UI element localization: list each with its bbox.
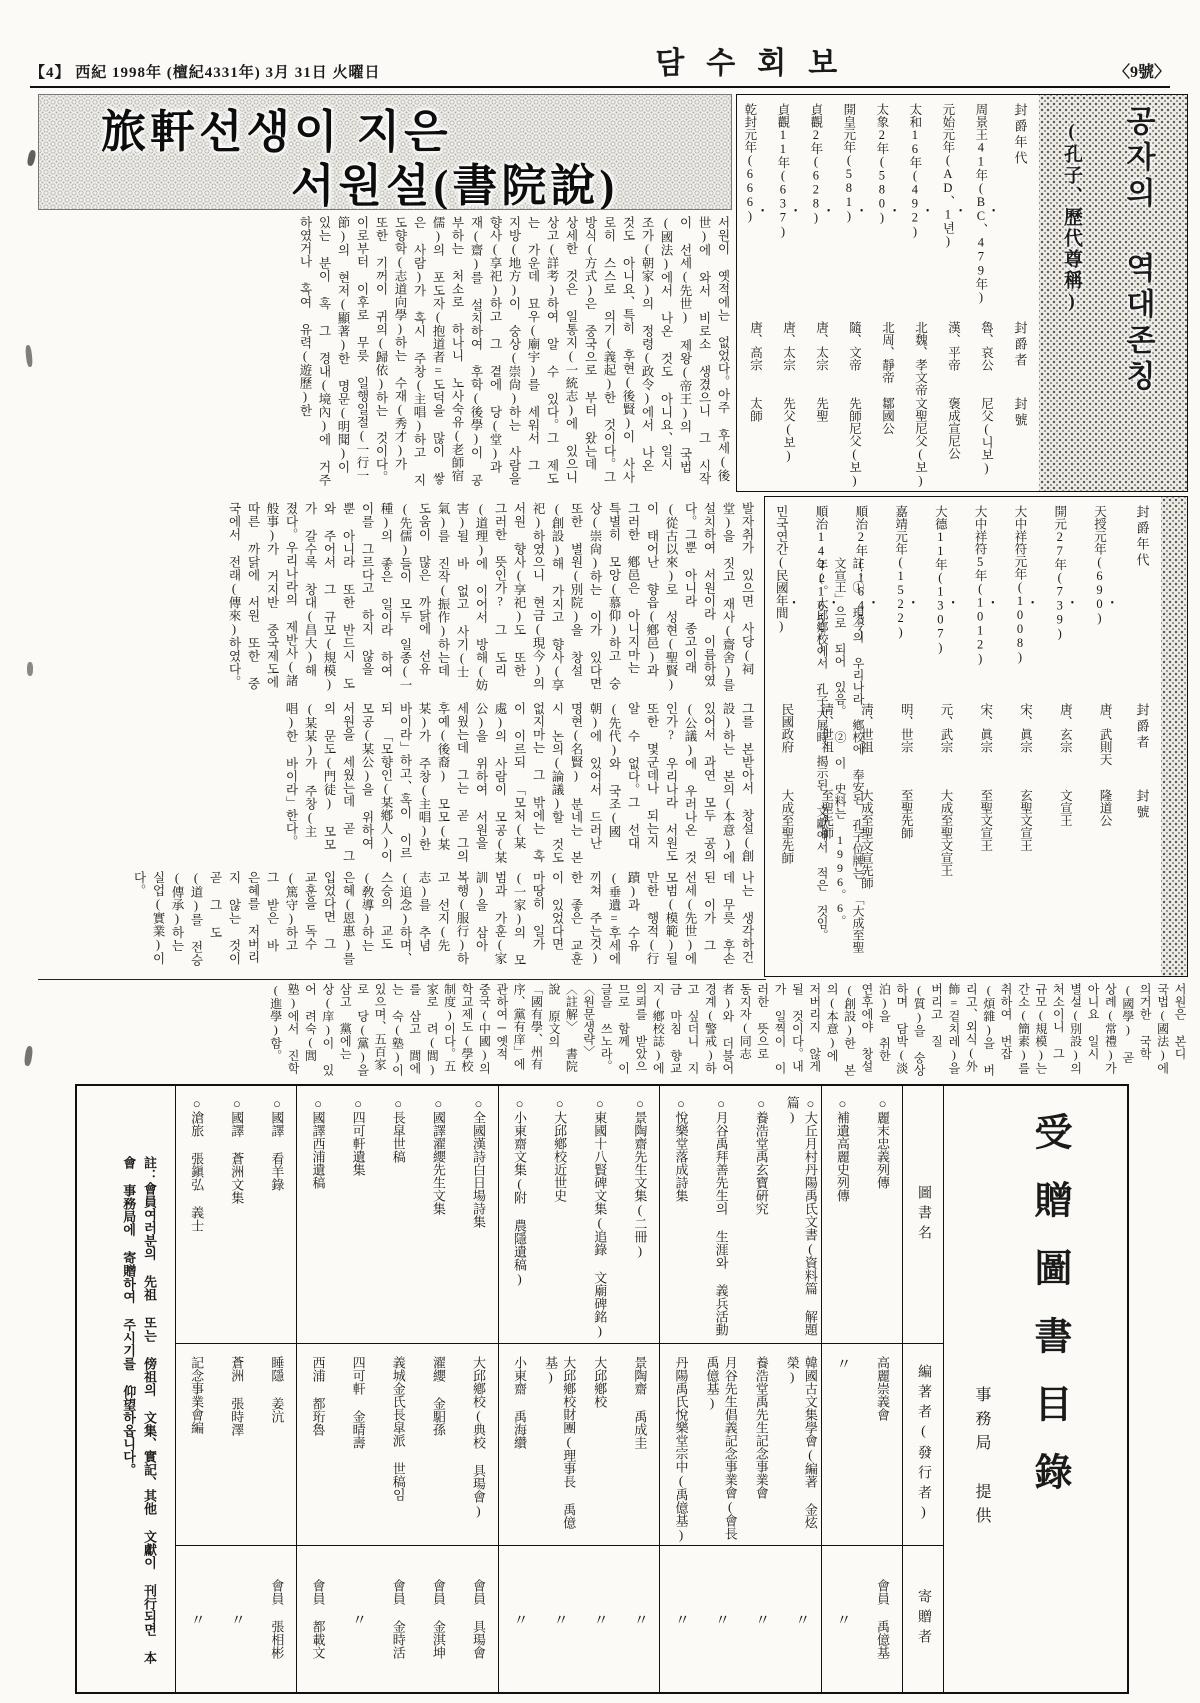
enfeoffment-by: 北周、靜帝	[881, 321, 895, 397]
book-table-title: 受贈圖書目錄	[1022, 1112, 1077, 1672]
enfeoffment-title: 玄聖文宣王	[1019, 789, 1033, 957]
book-entry-donor: 〃	[781, 1546, 821, 1692]
book-entry: ○國譯 看羊錄睡隱 姜沆會員 張相彬	[256, 1086, 297, 1692]
book-entry: ○悅樂堂落成詩集丹陽禹氏悅樂堂宗中(禹億基)〃	[660, 1086, 700, 1692]
enfeoffment-by: 元、武宗	[939, 703, 953, 789]
book-entry-name: ○國譯濯纓先生文集	[418, 1086, 458, 1344]
article-band-2: 발자취가 있으면 사당(祠堂)을 짓고 재사(齋舍)를 설치하여 서원이라 이름…	[40, 502, 756, 696]
enfeoffment-title: 先師尼父(보)	[848, 397, 862, 489]
book-entry: ○養浩堂禹玄寶硏究養浩堂禹先生記念事業會〃	[741, 1086, 781, 1692]
enfeoffment-item: 開皇元年(581)隨、文帝先師尼父(보)	[838, 103, 871, 491]
enfeoffment-by: 明、世宗	[899, 703, 913, 789]
enfeoffment-title: 至聖文宣王	[979, 789, 993, 957]
book-entry-donor: 〃	[579, 1546, 619, 1692]
confucius-box-subtitle: (孔子、歷代尊稱)	[1058, 121, 1085, 481]
headline-line2: 서원설(書院說)	[291, 149, 618, 210]
book-entry-name: ○麗末忠義列傳	[862, 1086, 902, 1344]
column-header-title: 封號	[1133, 789, 1152, 957]
confucius-notes: 註：① 現今의 우리나라 鄕校에 奉安된 孔子位牌는 「大成至聖 文宣王」으로 …	[771, 557, 867, 957]
column-header-by: 封爵者	[1133, 703, 1152, 789]
enfeoffment-by: 北魏、孝文帝	[914, 321, 928, 397]
book-entry-name: ○滄旅 張鎭弘 義士	[176, 1086, 216, 1344]
book-entries: ○麗末忠義列傳高麗崇義會會員 禹億基○補遺高麗史列傳〃〃○大丘月村丹陽禹氏文書(…	[176, 1086, 902, 1692]
enfeoffment-item: 大中祥符5年(1012)宋、眞宗至聖文宣王	[966, 505, 1006, 976]
book-entry-editor: 〃	[822, 1344, 862, 1546]
enfeoffment-era: 天授元年(690)	[1093, 505, 1118, 703]
enfeoffment-era: 周景王41年(BC、479年)	[974, 103, 999, 321]
book-entry-donor: 〃	[539, 1546, 579, 1692]
enfeoffment-era: 大中祥符5年(1012)	[973, 505, 998, 703]
book-entry-editor: 景陶齋 禹成圭	[619, 1344, 659, 1546]
enfeoffment-era: 大中祥符元年(1008)	[1013, 505, 1038, 703]
book-entry-donor: 〃	[619, 1546, 659, 1692]
enfeoffment-item: 太象2年(580)北周、靜帝鄒國公	[871, 103, 904, 491]
book-entry-editor: 記念事業會編	[176, 1344, 216, 1546]
received-books-table: 受贈圖書目錄 事務局 提供 圖書名 編著者(發行者) 寄贈者 ○麗末忠義列傳高麗…	[75, 1084, 1129, 1694]
enfeoffment-era: 大德11年(1307)	[933, 505, 958, 703]
enfeoffment-era: 開皇元年(581)	[842, 103, 867, 321]
enfeoffment-by: 隨、文帝	[848, 321, 862, 397]
book-entry-name: ○國譯西浦遺稿	[297, 1086, 337, 1344]
book-entry-editor: 大邱鄕校財團(理事長 禹億基)	[539, 1344, 579, 1546]
enfeoffment-title: 先聖	[815, 397, 829, 489]
enfeoffment-table-2-headers: 封爵年代 封爵者 封號	[1125, 497, 1159, 976]
book-entry: ○小東齋文集(附 農隱遺稿)小東齋 禹海纘〃	[499, 1086, 539, 1692]
book-entry-editor: 高麗崇義會	[862, 1344, 902, 1546]
enfeoffment-era: 乾封元年(666)	[743, 103, 768, 321]
book-entry-editor: 韓國古文集學會(編著 金炫榮)	[781, 1344, 821, 1546]
book-entry-donor: 會員 金淇坤	[418, 1546, 458, 1692]
book-entry-name: ○養浩堂禹玄寶硏究	[741, 1086, 781, 1344]
article-band-3: 그를 본받아서 창설(創設)하는 본의(本意)에 있어서 과연 모두 공의(公議…	[40, 702, 756, 865]
enfeoffment-item: 太和16年(492)北魏、孝文帝文聖尼父(보)	[904, 103, 937, 491]
enfeoffment-era: 嘉靖元年(1522)	[894, 505, 919, 703]
book-entry-name: ○東國十八賢碑文集(追錄 文廟碑銘)	[579, 1086, 619, 1344]
margin-ink-mark	[25, 345, 33, 368]
enfeoffment-title: 尼父(니보)	[980, 397, 994, 489]
book-entry-donor: 〃	[216, 1546, 256, 1692]
book-entry-donor: 〃	[741, 1546, 781, 1692]
enfeoffment-title: 太師	[749, 397, 763, 489]
page-header: 【4】 西紀 1998年 (檀紀4331年) 3月 31日 火曜日 담수회보 〈…	[30, 30, 1170, 88]
book-entry: ○滄旅 張鎭弘 義士記念事業會編〃	[176, 1086, 216, 1692]
confucius-titles-box-2: 封爵年代 封爵者 封號 天授元年(690)唐、武則天隆道公開元27年(739)唐…	[764, 496, 1188, 977]
margin-ink-mark	[24, 1046, 34, 1067]
book-entry-donor: 會員 禹億基	[862, 1546, 902, 1692]
enfeoffment-item: 大德11年(1307)元、武宗大成至聖文宣王	[926, 505, 966, 976]
enfeoffment-table-1: 封爵年代 封爵者 封號 周景王41年(BC、479年)魯、哀公尼父(니보)元始元…	[739, 95, 1037, 491]
enfeoffment-era: 開元27年(739)	[1053, 505, 1078, 703]
book-entry-editor: 丹陽禹氏悅樂堂宗中(禹億基)	[660, 1344, 700, 1546]
book-entry: ○景陶齋先生文集(二冊)景陶齋 禹成圭〃	[619, 1086, 660, 1692]
masthead-title: 담수회보	[655, 38, 859, 82]
book-entry-editor: 四可軒 金晴壽	[337, 1344, 377, 1546]
book-entry-name: ○大邱鄕校近世史	[539, 1086, 579, 1344]
date-line: 【4】 西紀 1998年 (檀紀4331年) 3月 31日 火曜日	[30, 61, 381, 82]
book-entry-editor: 大邱鄕校	[579, 1344, 619, 1546]
book-entry-name: ○月谷禹拜善先生의 生涯와 義兵活動	[700, 1086, 740, 1344]
column-header-era: 封爵年代	[1133, 505, 1152, 703]
enfeoffment-table-1-headers: 封爵年代 封爵者 封號	[1003, 95, 1037, 491]
decorative-pattern-strip	[1161, 497, 1187, 976]
book-entry-name: ○補遺高麗史列傳	[822, 1086, 862, 1344]
book-entry-name: ○國譯 蒼洲文集	[216, 1086, 256, 1344]
enfeoffment-by: 唐、玄宗	[1058, 703, 1072, 789]
book-entry: ○國譯濯纓先生文集濯纓 金馹孫會員 金淇坤	[418, 1086, 458, 1692]
book-entry-name: ○國譯 看羊錄	[256, 1086, 296, 1344]
enfeoffment-era: 貞觀2年(628)	[809, 103, 834, 321]
book-entry-editor: 睡隱 姜沆	[256, 1344, 296, 1546]
enfeoffment-item: 貞觀2年(628)唐、太宗先聖	[805, 103, 838, 491]
enfeoffment-by: 唐、太宗	[782, 321, 796, 397]
decorative-pattern-strip: 공자의 역대존칭 (孔子、歷代尊稱)	[1039, 95, 1187, 491]
margin-ink-mark	[27, 662, 33, 676]
book-entry-editor: 濯纓 金馹孫	[418, 1344, 458, 1546]
headline-box: 旅軒선생이 지은 서원설(書院說)	[38, 94, 732, 210]
enfeoffment-by: 漢、平帝	[947, 321, 961, 397]
book-table-note: 註：會員여러분의 先祖 또는 傍祖의 文集、實記、其他 文獻이 刊行되면 本會 …	[89, 1156, 159, 1666]
column-header-donor: 寄贈者	[913, 1589, 933, 1649]
book-table-note-cell: 註：會員여러분의 先祖 또는 傍祖의 文集、實記、其他 文獻이 刊行되면 本會 …	[77, 1086, 176, 1692]
book-entry: ○月谷禹拜善先生의 生涯와 義兵活動月谷先生倡義記念事業會(會長 禹億基)〃	[700, 1086, 740, 1692]
enfeoffment-title: 文宣王	[1058, 789, 1072, 957]
enfeoffment-item: 開元27年(739)唐、玄宗文宣王	[1045, 505, 1085, 976]
enfeoffment-era: 貞觀11年(637)	[776, 103, 801, 321]
book-entry-name: ○小東齋文集(附 農隱遺稿)	[499, 1086, 539, 1344]
enfeoffment-item: 周景王41年(BC、479年)魯、哀公尼父(니보)	[970, 103, 1003, 491]
enfeoffment-item: 天授元年(690)唐、武則天隆道公	[1085, 505, 1125, 976]
enfeoffment-era: 元始元年(AD、1년)	[941, 103, 966, 321]
book-entry-name: ○全國漢詩白日場詩集	[458, 1086, 498, 1344]
confucius-box-title: 공자의 역대존칭	[1115, 105, 1159, 480]
book-entry-name: ○大丘月村丹陽禹氏文書(資料篇 解題篇)	[781, 1086, 821, 1344]
book-entry-editor: 大邱鄕校(典校 具瑒會)	[458, 1344, 498, 1546]
article-band-4: 나는 생각하건데 무릇 후손된 이가 그 선세(先世)에 모범(模範)될만한 행…	[40, 871, 756, 975]
enfeoffment-by: 唐、高宗	[749, 321, 763, 397]
enfeoffment-era: 太和16年(492)	[908, 103, 933, 321]
enfeoffment-by: 唐、武則天	[1098, 703, 1112, 789]
book-entry-editor: 月谷先生倡義記念事業會(會長 禹億基)	[700, 1344, 740, 1546]
enfeoffment-item: 嘉靖元年(1522)明、世宗至聖先師	[886, 505, 926, 976]
book-entry-editor: 蒼洲 張時澤	[216, 1344, 256, 1546]
book-entry-name: ○悅樂堂落成詩集	[660, 1086, 700, 1344]
book-entry: ○全國漢詩白日場詩集大邱鄕校(典校 具瑒會)會員 具瑒會	[458, 1086, 499, 1692]
enfeoffment-title: 隆道公	[1098, 789, 1112, 957]
book-entry-donor: 會員 張相彬	[256, 1546, 296, 1692]
issue-number: 〈9號〉	[1114, 59, 1170, 82]
article-band-5: 서원은 본디 국법(國法)에 의거한 국학(國學) 곧 상례(常禮)가 아니요 …	[40, 983, 1188, 1077]
book-entry-editor: 養浩堂禹先生記念事業會	[741, 1344, 781, 1546]
book-entry-donor: 〃	[499, 1546, 539, 1692]
book-entry-donor: 會員 都載文	[297, 1546, 337, 1692]
book-entry-name: ○景陶齋先生文集(二冊)	[619, 1086, 659, 1344]
book-entry-editor: 西浦 都珩魯	[297, 1344, 337, 1546]
book-entry-donor: 〃	[822, 1546, 862, 1692]
book-entry: ○長皐世稿義城金氏長皐派 世稿임會員 金時活	[378, 1086, 418, 1692]
column-header-book-name: 圖書名	[913, 1185, 933, 1245]
confucius-titles-box-1: 공자의 역대존칭 (孔子、歷代尊稱) 封爵年代 封爵者 封號 周景王41年(BC…	[736, 94, 1188, 492]
book-entry: ○國譯 蒼洲文集蒼洲 張時澤〃	[216, 1086, 256, 1692]
enfeoffment-by: 魯、哀公	[980, 321, 994, 397]
book-entry-editor: 小東齋 禹海纘	[499, 1344, 539, 1546]
book-entry-donor: 〃	[337, 1546, 377, 1692]
enfeoffment-item: 大中祥符元年(1008)宋、眞宗玄聖文宣王	[1006, 505, 1046, 976]
article-band-1: 서원이 옛적에는 없었다。아주 후세(後世)에 와서 비로소 생겼으니 그 시작…	[40, 216, 732, 496]
column-header-era: 封爵年代	[1011, 103, 1030, 321]
enfeoffment-title: 大成至聖文宣王	[939, 789, 953, 957]
book-entry-donor: 會員 金時活	[378, 1546, 418, 1692]
enfeoffment-title: 褒成宣尼公	[947, 397, 961, 489]
book-entry-donor: 〃	[700, 1546, 740, 1692]
book-entry: ○東國十八賢碑文集(追錄 文廟碑銘)大邱鄕校〃	[579, 1086, 619, 1692]
book-entry-editor: 義城金氏長皐派 世稿임	[378, 1344, 418, 1546]
enfeoffment-era: 太象2年(580)	[875, 103, 900, 321]
book-entry: ○四可軒遺集四可軒 金晴壽〃	[337, 1086, 377, 1692]
book-entry: ○大邱鄕校近世史大邱鄕校財團(理事長 禹億基)〃	[539, 1086, 579, 1692]
column-header-title: 封號	[1011, 397, 1030, 489]
enfeoffment-title: 至聖先師	[899, 789, 913, 957]
book-entry: ○國譯西浦遺稿西浦 都珩魯會員 都載文	[297, 1086, 337, 1692]
enfeoffment-by: 宋、眞宗	[1019, 703, 1033, 789]
enfeoffment-title: 鄒國公	[881, 397, 895, 489]
enfeoffment-title: 先父(보)	[782, 397, 796, 489]
enfeoffment-item: 貞觀11年(637)唐、太宗先父(보)	[772, 103, 805, 491]
enfeoffment-by: 唐、太宗	[815, 321, 829, 397]
book-entry-donor: 〃	[660, 1546, 700, 1692]
book-entry: ○補遺高麗史列傳〃〃	[822, 1086, 862, 1692]
book-table-provider: 事務局 提供	[970, 1386, 993, 1666]
column-header-editor: 編著者(發行者)	[913, 1364, 933, 1526]
enfeoffment-item: 乾封元年(666)唐、高宗太師	[739, 103, 772, 491]
enfeoffment-list-1: 周景王41年(BC、479年)魯、哀公尼父(니보)元始元年(AD、1년)漢、平帝…	[739, 95, 1003, 491]
enfeoffment-title: 文聖尼父(보)	[914, 397, 928, 489]
book-entry: ○麗末忠義列傳高麗崇義會會員 禹億基	[862, 1086, 902, 1692]
book-entry-name: ○四可軒遺集	[337, 1086, 377, 1344]
margin-ink-mark	[26, 149, 36, 166]
section-divider-rule	[38, 979, 766, 980]
book-table-headers: 圖書名 編著者(發行者) 寄贈者	[902, 1086, 943, 1692]
book-entry-name: ○長皐世稿	[378, 1086, 418, 1344]
column-header-by: 封爵者	[1011, 321, 1030, 397]
enfeoffment-item: 元始元年(AD、1년)漢、平帝褒成宣尼公	[937, 103, 970, 491]
book-entry: ○大丘月村丹陽禹氏文書(資料篇 解題篇)韓國古文集學會(編著 金炫榮)〃	[781, 1086, 822, 1692]
enfeoffment-by: 宋、眞宗	[979, 703, 993, 789]
book-entry-donor: 〃	[176, 1546, 216, 1692]
book-table-title-cell: 受贈圖書目錄 事務局 提供	[943, 1086, 1127, 1692]
book-entry-donor: 會員 具瑒會	[458, 1546, 498, 1692]
